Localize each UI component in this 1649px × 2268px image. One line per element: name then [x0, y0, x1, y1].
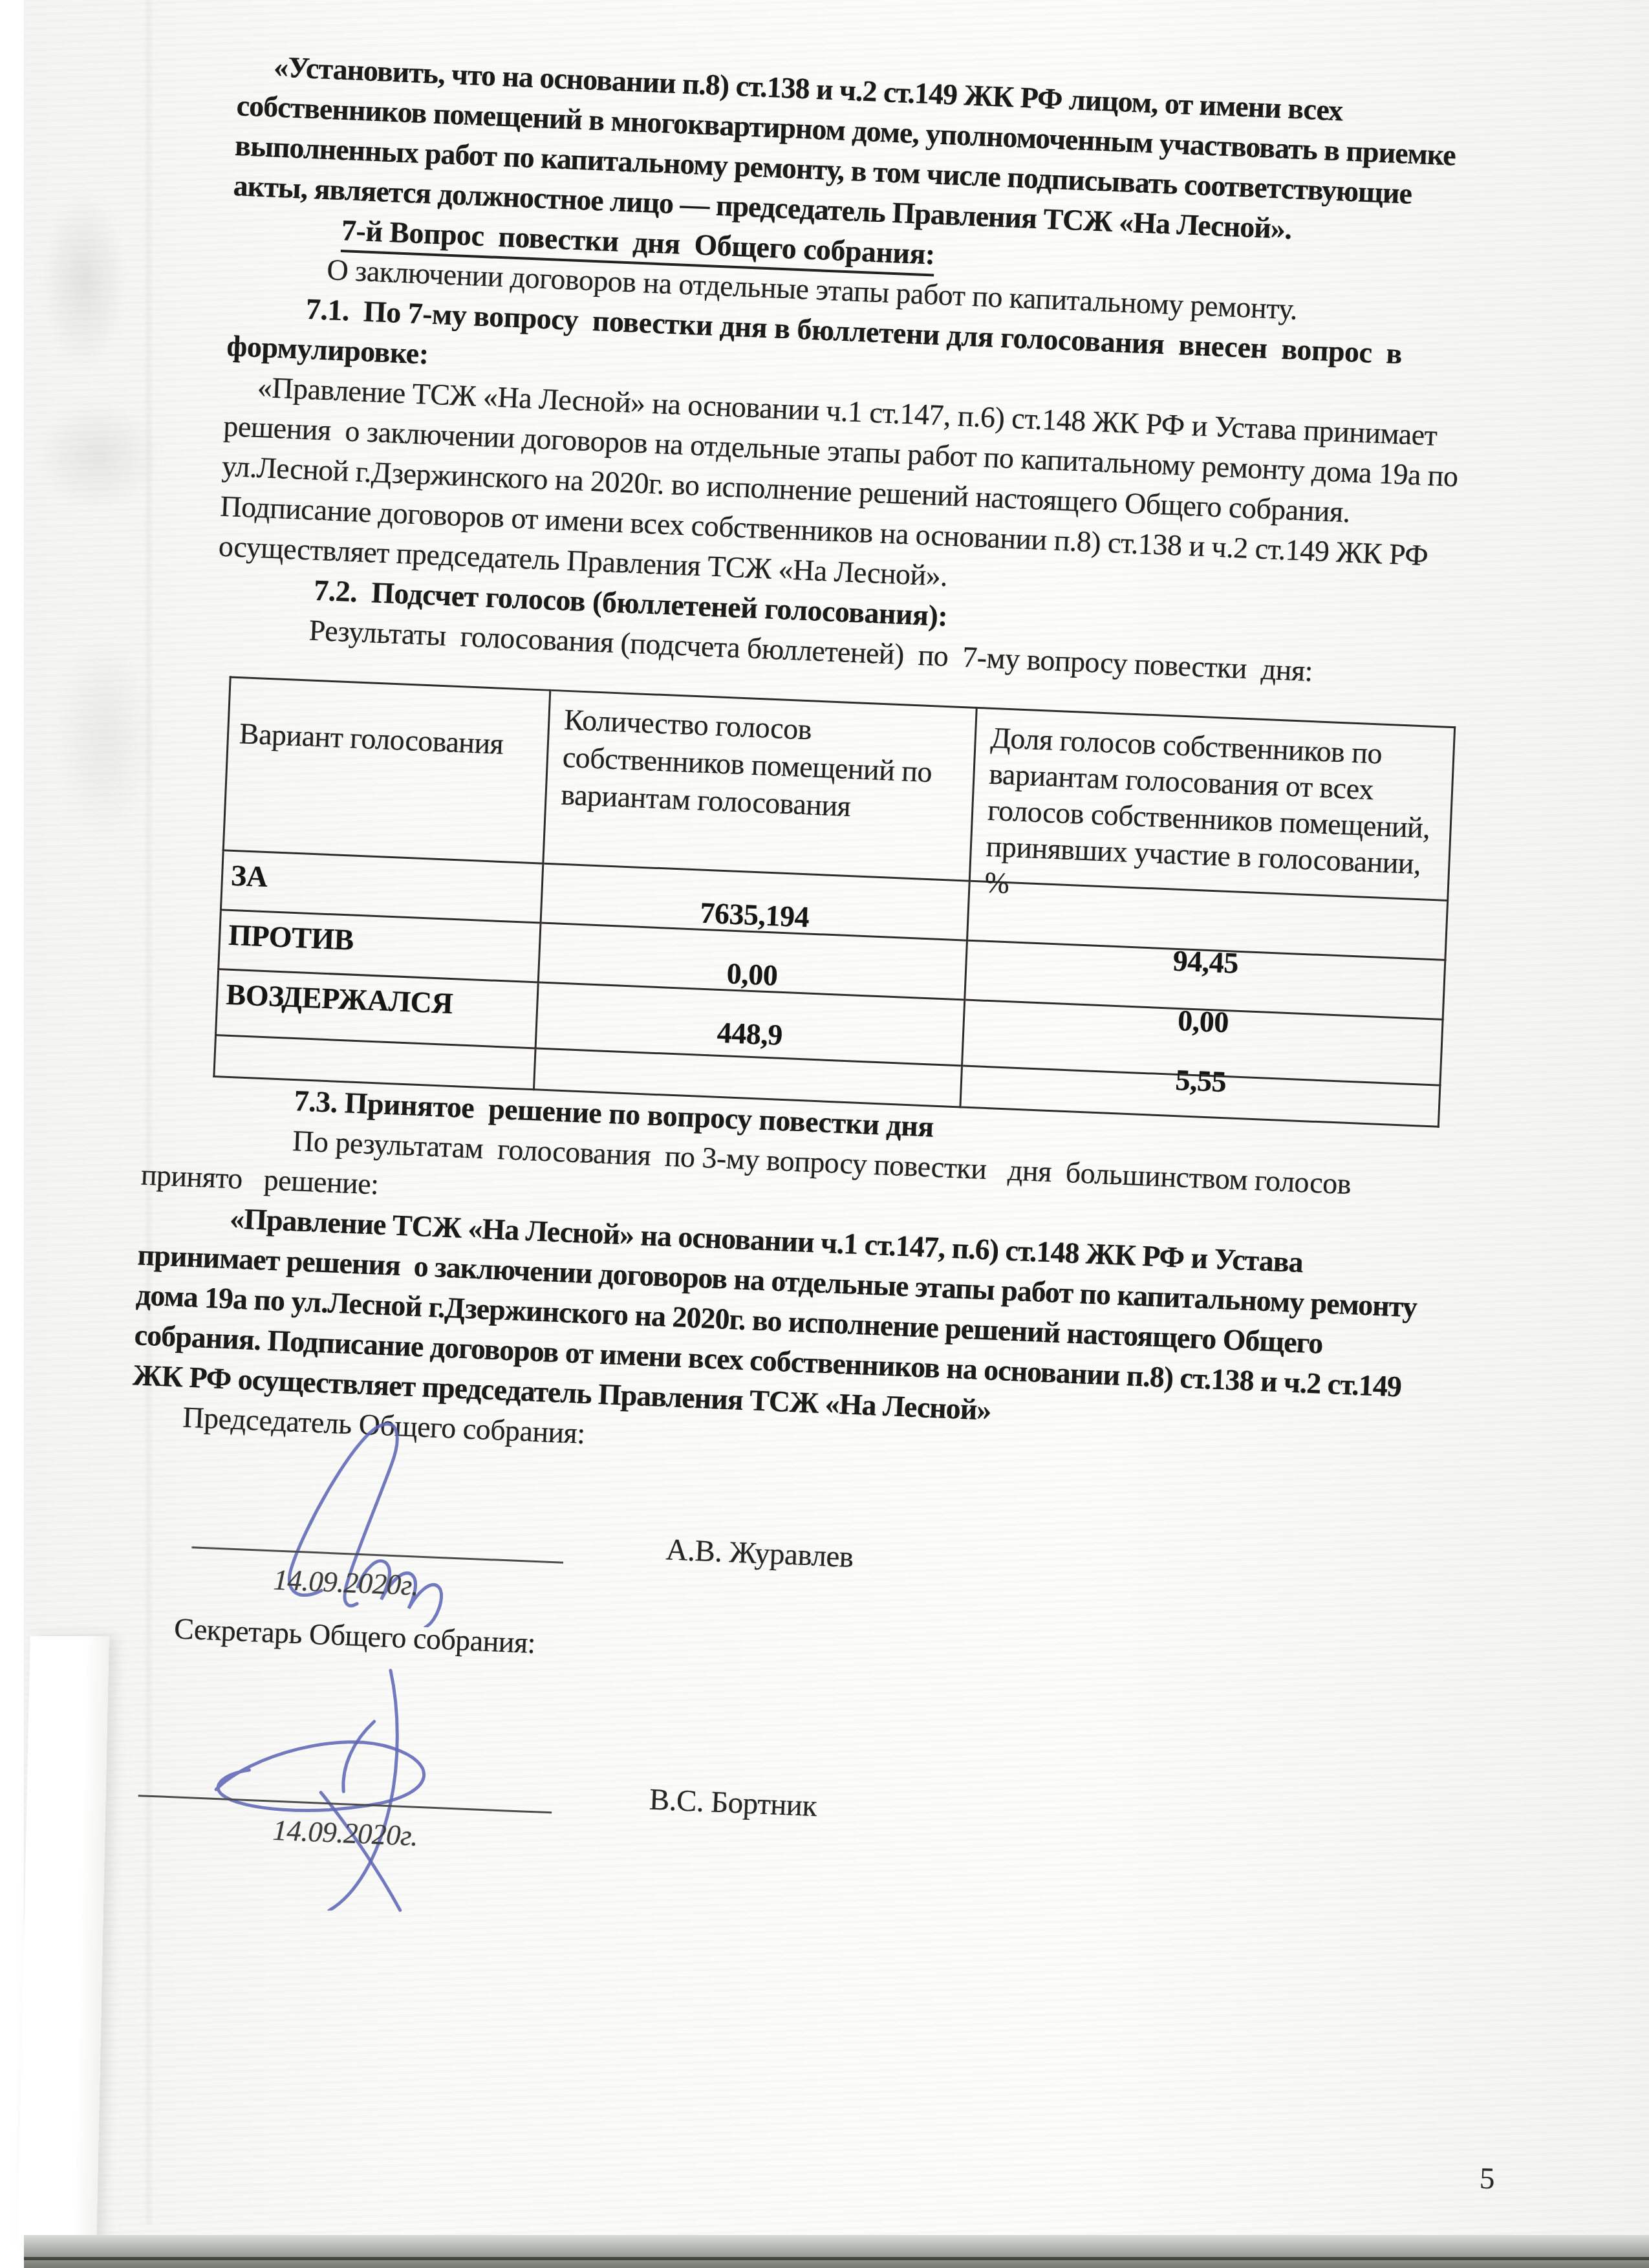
secretary-signature	[153, 1626, 565, 1920]
header-share: Доля голосов собственников по вариантам …	[969, 707, 1454, 900]
document-content: «Установить, что на основании п.8) ст.13…	[1, 39, 1480, 1958]
header-votes: Количество голосов собственников помещен…	[543, 690, 976, 881]
option-vozderzhalsya: ВОЗДЕРЖАЛСЯ	[217, 970, 453, 1024]
scanned-page: «Установить, что на основании п.8) ст.13…	[0, 0, 1649, 2268]
option-protiv: ПРОТИВ	[220, 911, 354, 960]
chairman-name: А.В. Журавлев	[665, 1529, 854, 1577]
header-option: Вариант голосования	[223, 677, 550, 863]
option-za: ЗА	[222, 851, 268, 897]
voting-results-table: Вариант голосования Количество голосов с…	[213, 676, 1456, 1127]
secretary-signature-block: 14.09.2020г. В.С. Бортник	[163, 1648, 1414, 1958]
chairman-sign-date: 14.09.2020г.	[272, 1559, 419, 1605]
scanner-edge	[0, 0, 25, 2268]
q73-block: 7.3. Принятое решение по вопросу повестк…	[22, 1070, 1438, 1449]
secretary-sign-date: 14.09.2020г.	[272, 1810, 418, 1856]
scan-bottom-band	[24, 2235, 1649, 2268]
secretary-name: В.С. Бортник	[649, 1780, 817, 1827]
page-number: 5	[1479, 2161, 1495, 2197]
scan-bottom-line	[24, 2257, 1649, 2260]
